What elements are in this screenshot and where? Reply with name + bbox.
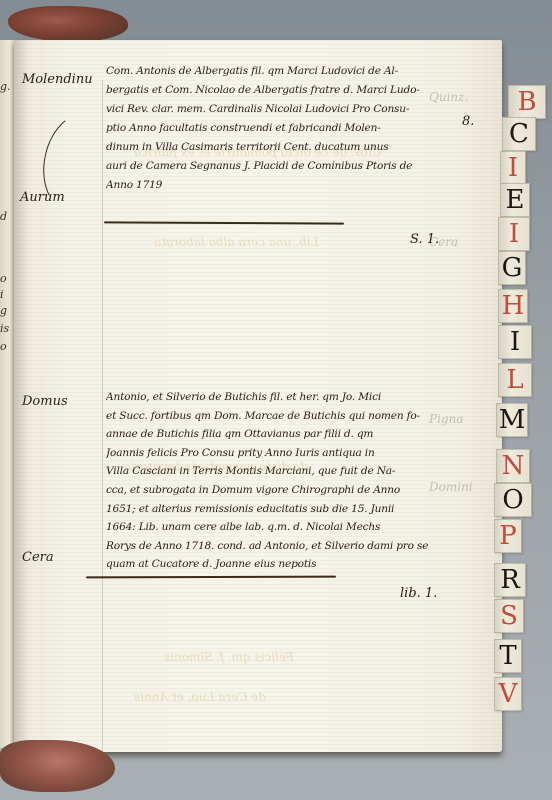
left-page-fragment: i — [0, 288, 4, 301]
margin-label-aurum: Aurum — [20, 190, 65, 205]
index-tab-b[interactable]: B — [508, 85, 546, 119]
entry-line: Joannis felicis Pro Consu prity Anno Iur… — [106, 444, 431, 463]
entry-line: quam at Cucatore d. Joanne eius nepotis — [106, 555, 431, 574]
entry-line: annae de Butichis filia qm Ottavianus pa… — [106, 425, 431, 444]
ghost-text: Quinz. — [429, 90, 468, 104]
index-tab-f[interactable]: I — [498, 217, 530, 251]
index-tab-p[interactable]: P — [494, 519, 522, 553]
index-tab-v[interactable]: V — [494, 677, 522, 711]
entry-line: auri de Camera Segnanus J. Placidi de Co… — [106, 157, 431, 176]
index-tab-t[interactable]: T — [494, 639, 522, 673]
bleed-through-text: de Cera Luo, et Annis — [134, 690, 266, 704]
bleed-through-text: Felicis qm. f. Simonis — [164, 650, 294, 664]
index-tab-h[interactable]: H — [498, 289, 528, 323]
left-page-fragment: o — [0, 272, 7, 285]
entry-line: Anno 1719 — [106, 176, 431, 195]
folio-number: 8. — [462, 114, 474, 129]
ghost-text: Pigna — [429, 412, 463, 426]
left-page-fragment: g — [0, 304, 7, 317]
entry-line: 1664: Lib. unam cere albe lab. q.m. d. N… — [106, 518, 431, 537]
entry-line: Villa Casciani in Terris Montis Marciani… — [106, 462, 431, 481]
margin-label-domus: Domus — [22, 394, 68, 409]
index-tab-m[interactable]: M — [496, 403, 528, 437]
index-tab-g[interactable]: G — [498, 251, 526, 285]
index-tab-r[interactable]: R — [494, 563, 526, 597]
entry-line: dinum in Villa Casimaris territorii Cent… — [106, 138, 431, 157]
entry-line: Antonio, et Silverio de Butichis fil. et… — [106, 388, 431, 407]
entry-line: bergatis et Com. Nicolao de Albergatis f… — [106, 81, 431, 100]
index-tab-l[interactable]: L — [498, 363, 532, 397]
margin-label-cera: Cera — [22, 550, 54, 565]
entry-amount: S. 1. — [410, 232, 439, 247]
entry-separator-rule — [104, 221, 344, 224]
left-page-fragment: g. — [0, 80, 11, 93]
left-page-fragment: is — [0, 322, 9, 335]
entry-line: Com. Antonis de Albergatis fil. qm Marci… — [106, 62, 431, 81]
ghost-text: Domini — [429, 480, 473, 494]
entry-line: vici Rev. clar. mem. Cardinalis Nicolai … — [106, 100, 431, 119]
margin-label-molendinum: Molendinu — [22, 72, 93, 87]
index-tab-c[interactable]: C — [502, 117, 536, 151]
left-page-fragment: o — [0, 340, 7, 353]
bleed-through-text: Lib. una cera alba laborata — [154, 235, 318, 249]
index-tab-n[interactable]: N — [496, 449, 530, 483]
entry-line: cca, et subrogata in Domum vigore Chirog… — [106, 481, 431, 500]
index-tab-e[interactable]: E — [500, 183, 530, 217]
entry-line: 1651; et alterius remissionis educitatis… — [106, 500, 431, 519]
entry-amount: lib. 1. — [400, 586, 437, 601]
left-page-fragment: d — [0, 210, 7, 223]
manuscript-page: Clos. de ce dicta pomantrie et ex fabric… — [14, 40, 502, 752]
entry-line: ptio Anno facultatis construendi et fabr… — [106, 119, 431, 138]
index-tab-i[interactable]: I — [498, 325, 532, 359]
index-tab-s[interactable]: S — [494, 599, 524, 633]
entry-domus: Antonio, et Silverio de Butichis fil. et… — [106, 388, 431, 574]
entry-molendinum: Com. Antonis de Albergatis fil. qm Marci… — [106, 62, 431, 195]
index-tab-i[interactable]: I — [500, 151, 526, 185]
entry-line: Rorys de Anno 1718. cond. ad Antonio, et… — [106, 537, 431, 556]
entry-line: et Succ. fortibus qm Dom. Marcae de Buti… — [106, 407, 431, 426]
entry-separator-rule — [86, 576, 336, 579]
index-tab-o[interactable]: O — [494, 483, 532, 517]
